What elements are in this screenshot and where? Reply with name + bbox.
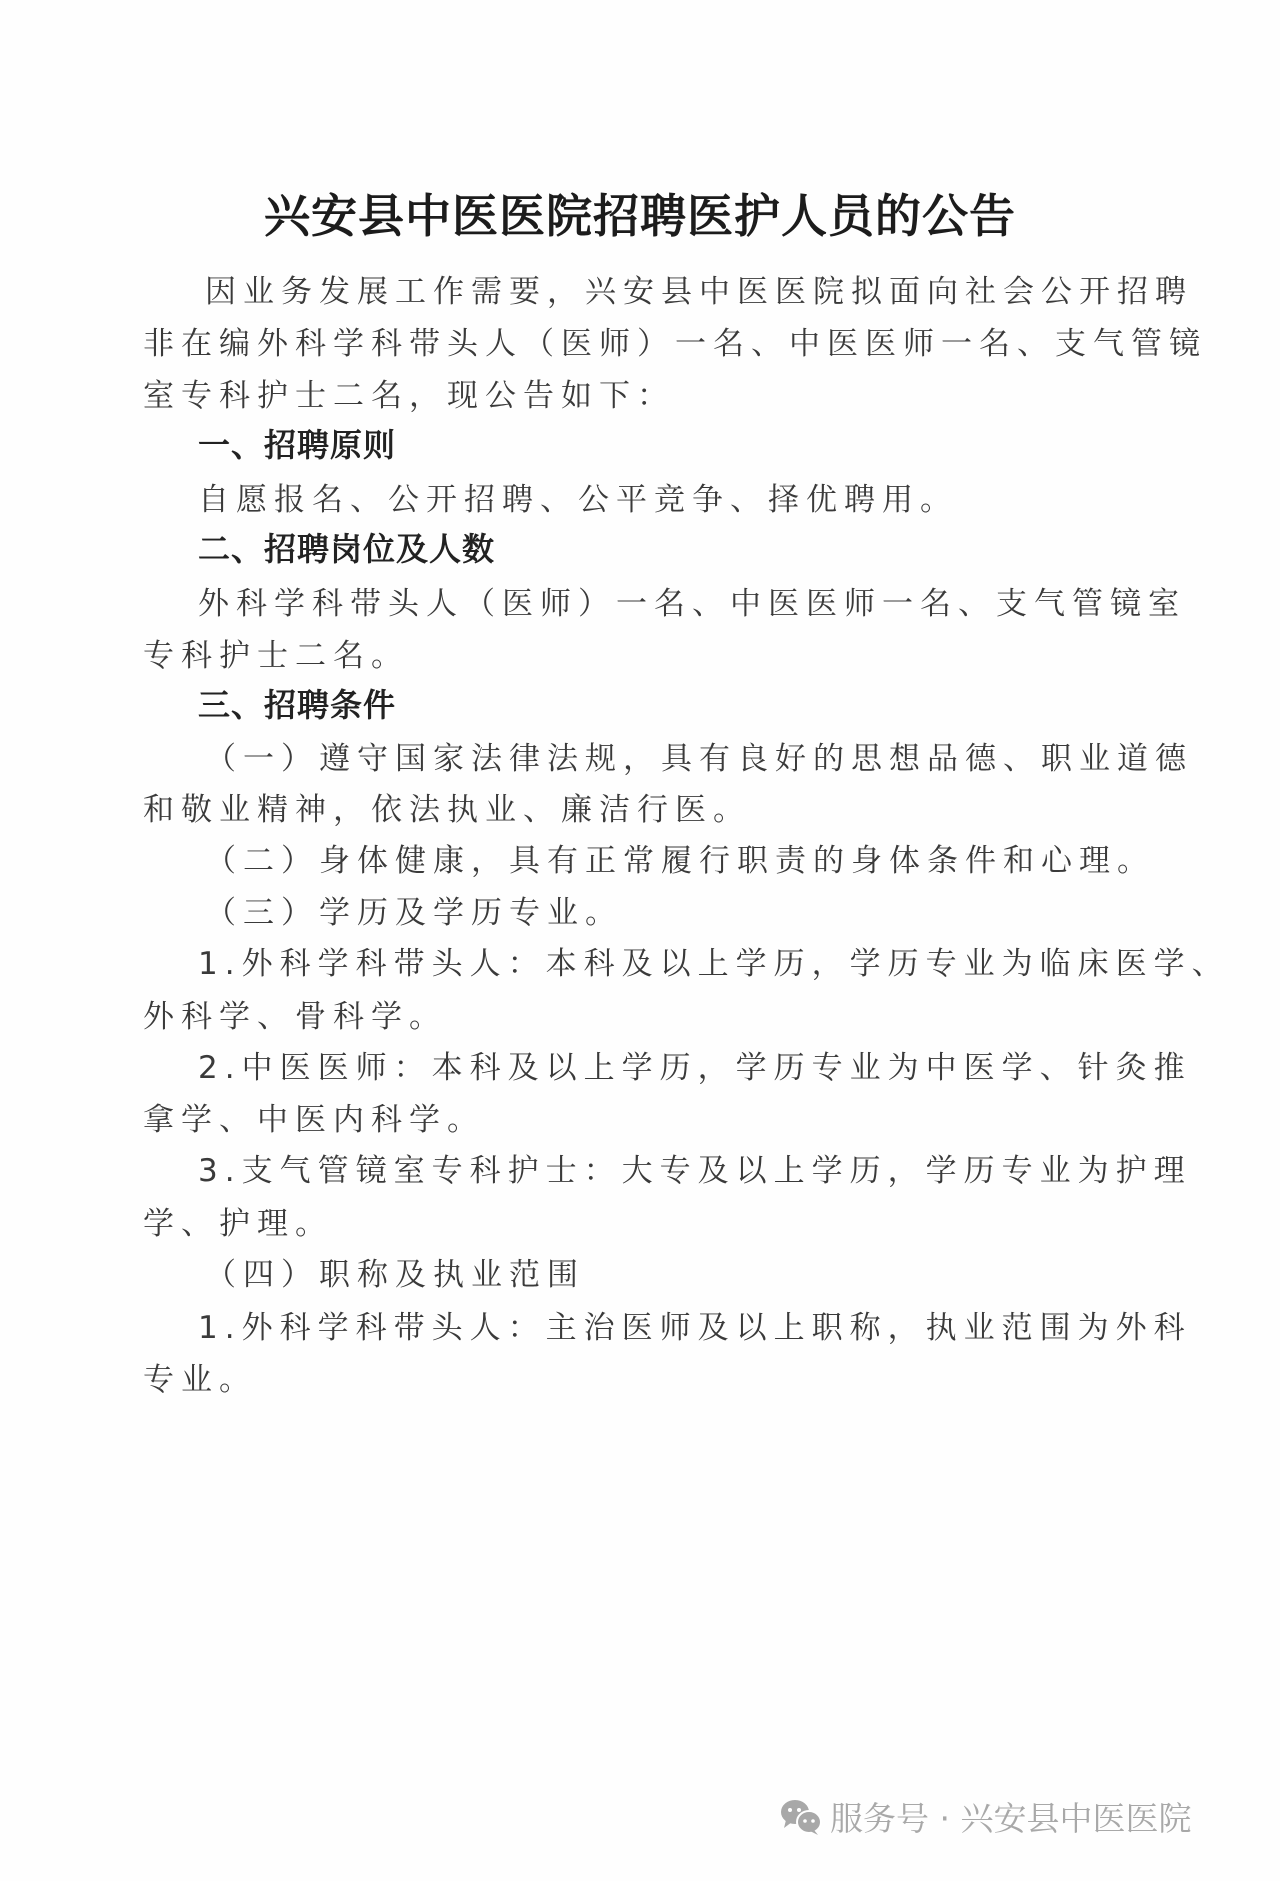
paragraph-line: 外科学、骨科学。	[143, 991, 447, 1036]
paragraph-line: 室专科护士二名，现公告如下：	[143, 370, 675, 415]
paragraph-line: 1.外科学科带头人：本科及以上学历，学历专业为临床医学、	[198, 938, 1230, 983]
paragraph-line: 非在编外科学科带头人（医师）一名、中医医师一名、支气管镜	[143, 318, 1207, 363]
paragraph-line: 拿学、中医内科学。	[143, 1094, 485, 1139]
page-title: 兴安县中医医院招聘医护人员的公告	[0, 180, 1280, 246]
paragraph-line: 3.支气管镜室专科护士：大专及以上学历，学历专业为护理	[198, 1145, 1192, 1190]
paragraph-line: 1.外科学科带头人：主治医师及以上职称，执业范围为外科	[198, 1302, 1192, 1347]
paragraph-line: 外科学科带头人（医师）一名、中医医师一名、支气管镜室	[198, 578, 1186, 623]
paragraph-line: 自愿报名、公开招聘、公平竞争、择优聘用。	[198, 474, 958, 519]
watermark: 服务号 · 兴安县中医医院	[780, 1793, 1191, 1840]
paragraph-line: （二）身体健康，具有正常履行职责的身体条件和心理。	[205, 835, 1155, 880]
paragraph-line: 因业务发展工作需要，兴安县中医医院拟面向社会公开招聘	[205, 266, 1193, 311]
paragraph-line: 和敬业精神，依法执业、廉洁行医。	[143, 784, 751, 829]
paragraph-line: （三）学历及学历专业。	[205, 887, 623, 932]
paragraph-line: （一）遵守国家法律法规，具有良好的思想品德、职业道德	[205, 733, 1193, 778]
wechat-icon	[780, 1798, 822, 1836]
section-heading: 一、招聘原则	[198, 420, 396, 466]
paragraph-line: 2.中医医师：本科及以上学历，学历专业为中医学、针灸推	[198, 1042, 1192, 1087]
section-heading: 二、招聘岗位及人数	[198, 524, 495, 570]
paragraph-line: 专业。	[143, 1354, 257, 1399]
watermark-text: 服务号 · 兴安县中医医院	[830, 1793, 1191, 1840]
paragraph-line: 学、护理。	[143, 1198, 333, 1243]
section-heading: 三、招聘条件	[198, 680, 396, 726]
paragraph-line: 专科护士二名。	[143, 630, 409, 675]
document-page: 兴安县中医医院招聘医护人员的公告 因业务发展工作需要，兴安县中医医院拟面向社会公…	[0, 0, 1280, 1881]
paragraph-line: （四）职称及执业范围	[205, 1249, 585, 1294]
